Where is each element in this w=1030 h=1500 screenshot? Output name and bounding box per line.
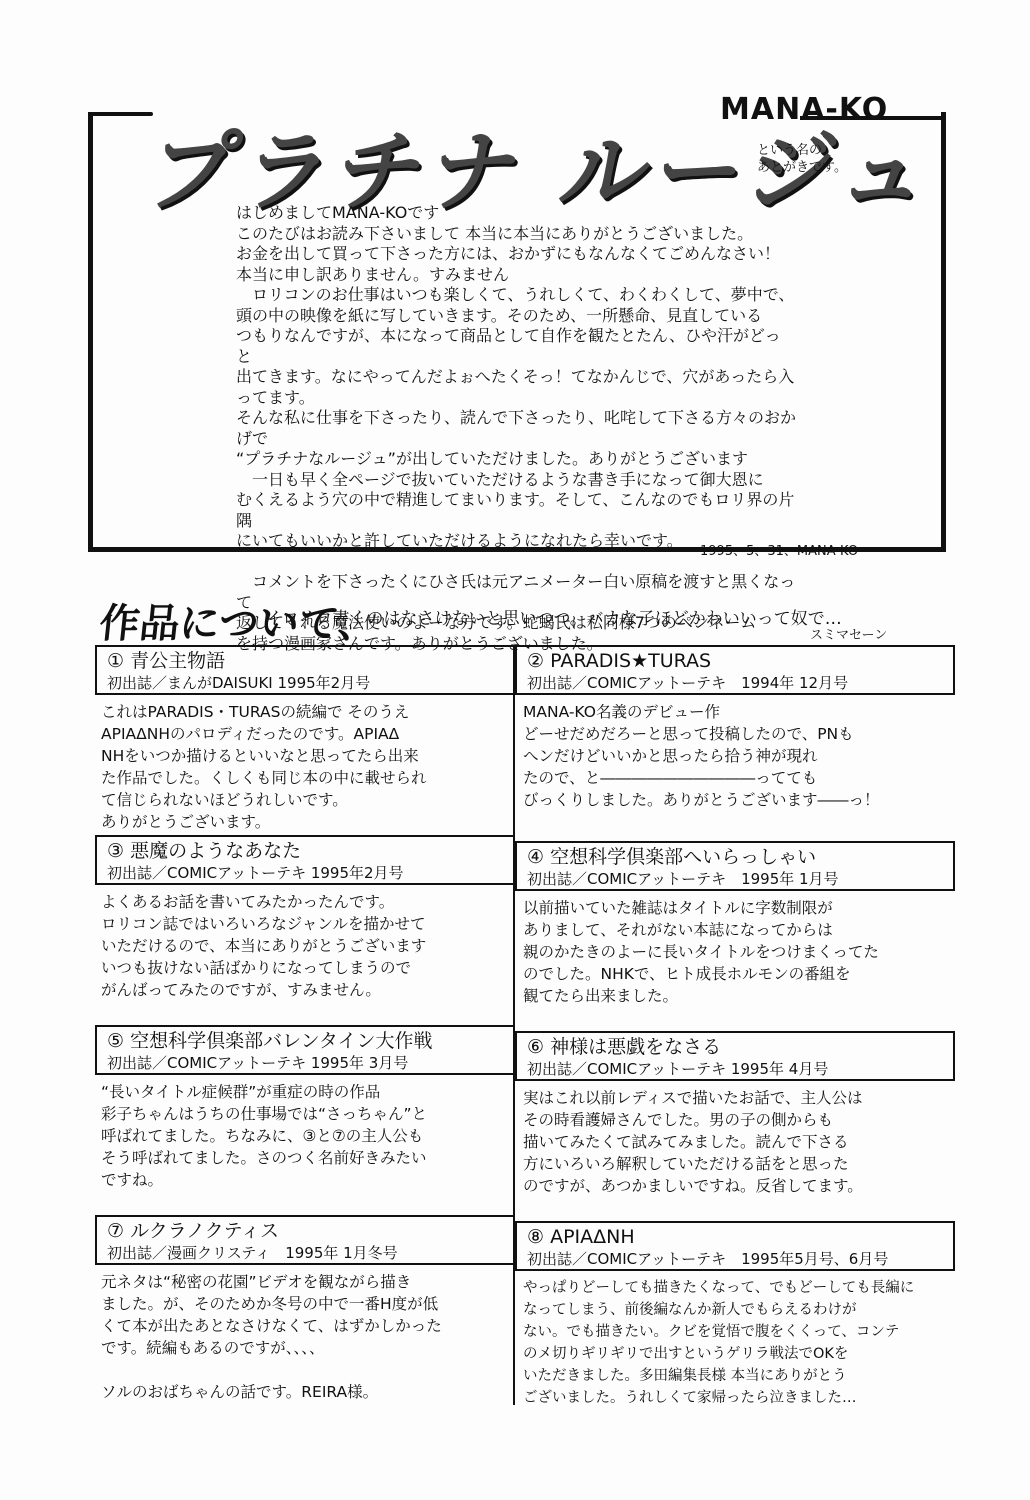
work-title: APIAΔNH (550, 1226, 635, 1248)
work-header-1: ① 青公主物語 初出誌／まんがDAISUKI 1995年2月号 (95, 645, 515, 695)
work-header-5: ⑤ 空想科学倶楽部バレンタイン大作戦 初出誌／COMICアットーテキ 1995年… (95, 1025, 515, 1075)
work-number: ⑦ (107, 1220, 124, 1242)
work-title: 青公主物語 (130, 650, 225, 672)
author-name: MANA-KO (720, 92, 888, 127)
work-publication: 初出誌／まんがDAISUKI 1995年2月号 (107, 673, 503, 693)
work-header-7: ⑦ ルクラノクティス 初出誌／漫画クリスティ 1995年 1月冬号 (95, 1215, 515, 1265)
work-publication: 初出誌／COMICアットーテキ 1995年 3月号 (107, 1053, 503, 1073)
work-number: ⑥ (527, 1036, 544, 1058)
works-section-subheading: イロイロ書くのはなさけないと思いつつ。バカな子ほどかわいいって奴で… (265, 604, 842, 629)
work-header-6: ⑥ 神様は悪戯をなさる 初出誌／COMICアットーテキ 1995年 4月号 (515, 1031, 955, 1081)
work-comment-6: 実はこれ以前レディスで描いたお話で、主人公は その時看護婦さんでした。男の子の側… (523, 1087, 953, 1197)
work-comment-3: よくあるお話を書いてみたかったんです。 ロリコン誌ではいろいろなジャンルを描かせ… (101, 891, 511, 1001)
work-header-4: ④ 空想科学倶楽部へいらっしゃい 初出誌／COMICアットーテキ 1995年 1… (515, 841, 955, 891)
work-number: ④ (527, 846, 544, 868)
work-number: ① (107, 650, 124, 672)
work-number: ③ (107, 840, 124, 862)
afterword-body: はじめましてMANA-KOです このたびはお読み下さいまして 本当に本当にありが… (236, 203, 796, 654)
work-comment-2: MANA-KO名義のデビュー作 どーせだめだろーと思って投稿したので、PNも へ… (523, 701, 953, 811)
work-title: 神様は悪戯をなさる (550, 1036, 721, 1058)
work-number: ⑤ (107, 1030, 124, 1052)
work-comment-1: これはPARADIS・TURASの続編で そのうえ APIAΔNHのパロディだっ… (101, 701, 511, 833)
work-header-3: ③ 悪魔のようなあなた 初出誌／COMICアットーテキ 1995年2月号 (95, 835, 515, 885)
work-title: PARADIS★TURAS (550, 650, 711, 672)
work-number: ② (527, 650, 544, 672)
work-title: ルクラノクティス (130, 1220, 279, 1242)
work-header-8: ⑧ APIAΔNH 初出誌／COMICアットーテキ 1995年5月号、6月号 (515, 1221, 955, 1271)
work-comment-8: やっぱりどーしても描きたくなって、でもどーしても長編に なってしまう、前後編なん… (523, 1277, 953, 1409)
afterword-subtitle: という名の あとがきです。 (757, 142, 867, 176)
works-section-apology: スミマセーン (810, 624, 887, 643)
frame-top-left-stroke (88, 112, 153, 116)
work-publication: 初出誌／COMICアットーテキ 1995年2月号 (107, 863, 503, 883)
work-comment-7: 元ネタは“秘密の花園”ビデオを観ながら描き ました。が、そのためか冬号の中で一番… (101, 1271, 511, 1403)
work-comment-4: 以前描いていた雑誌はタイトルに字数制限が ありまして、それがない本誌になってから… (523, 897, 953, 1007)
work-number: ⑧ (527, 1226, 544, 1248)
work-header-2: ② PARADIS★TURAS 初出誌／COMICアットーテキ 1994年 12… (515, 645, 955, 695)
work-publication: 初出誌／COMICアットーテキ 1995年 4月号 (527, 1059, 943, 1079)
work-publication: 初出誌／COMICアットーテキ 1994年 12月号 (527, 673, 943, 693)
work-publication: 初出誌／COMICアットーテキ 1995年5月号、6月号 (527, 1249, 943, 1269)
work-publication: 初出誌／漫画クリスティ 1995年 1月冬号 (107, 1243, 503, 1263)
work-publication: 初出誌／COMICアットーテキ 1995年 1月号 (527, 869, 943, 889)
work-title: 空想科学倶楽部バレンタイン大作戦 (130, 1030, 432, 1052)
afterword-signature: 1995、5、31、MANA-KO (700, 540, 858, 559)
work-title: 悪魔のようなあなた (130, 840, 301, 862)
work-title: 空想科学倶楽部へいらっしゃい (550, 846, 816, 868)
work-comment-5: “長いタイトル症候群”が重症の時の作品 彩子ちゃんはうちの仕事場では“さっちゃん… (101, 1081, 511, 1191)
